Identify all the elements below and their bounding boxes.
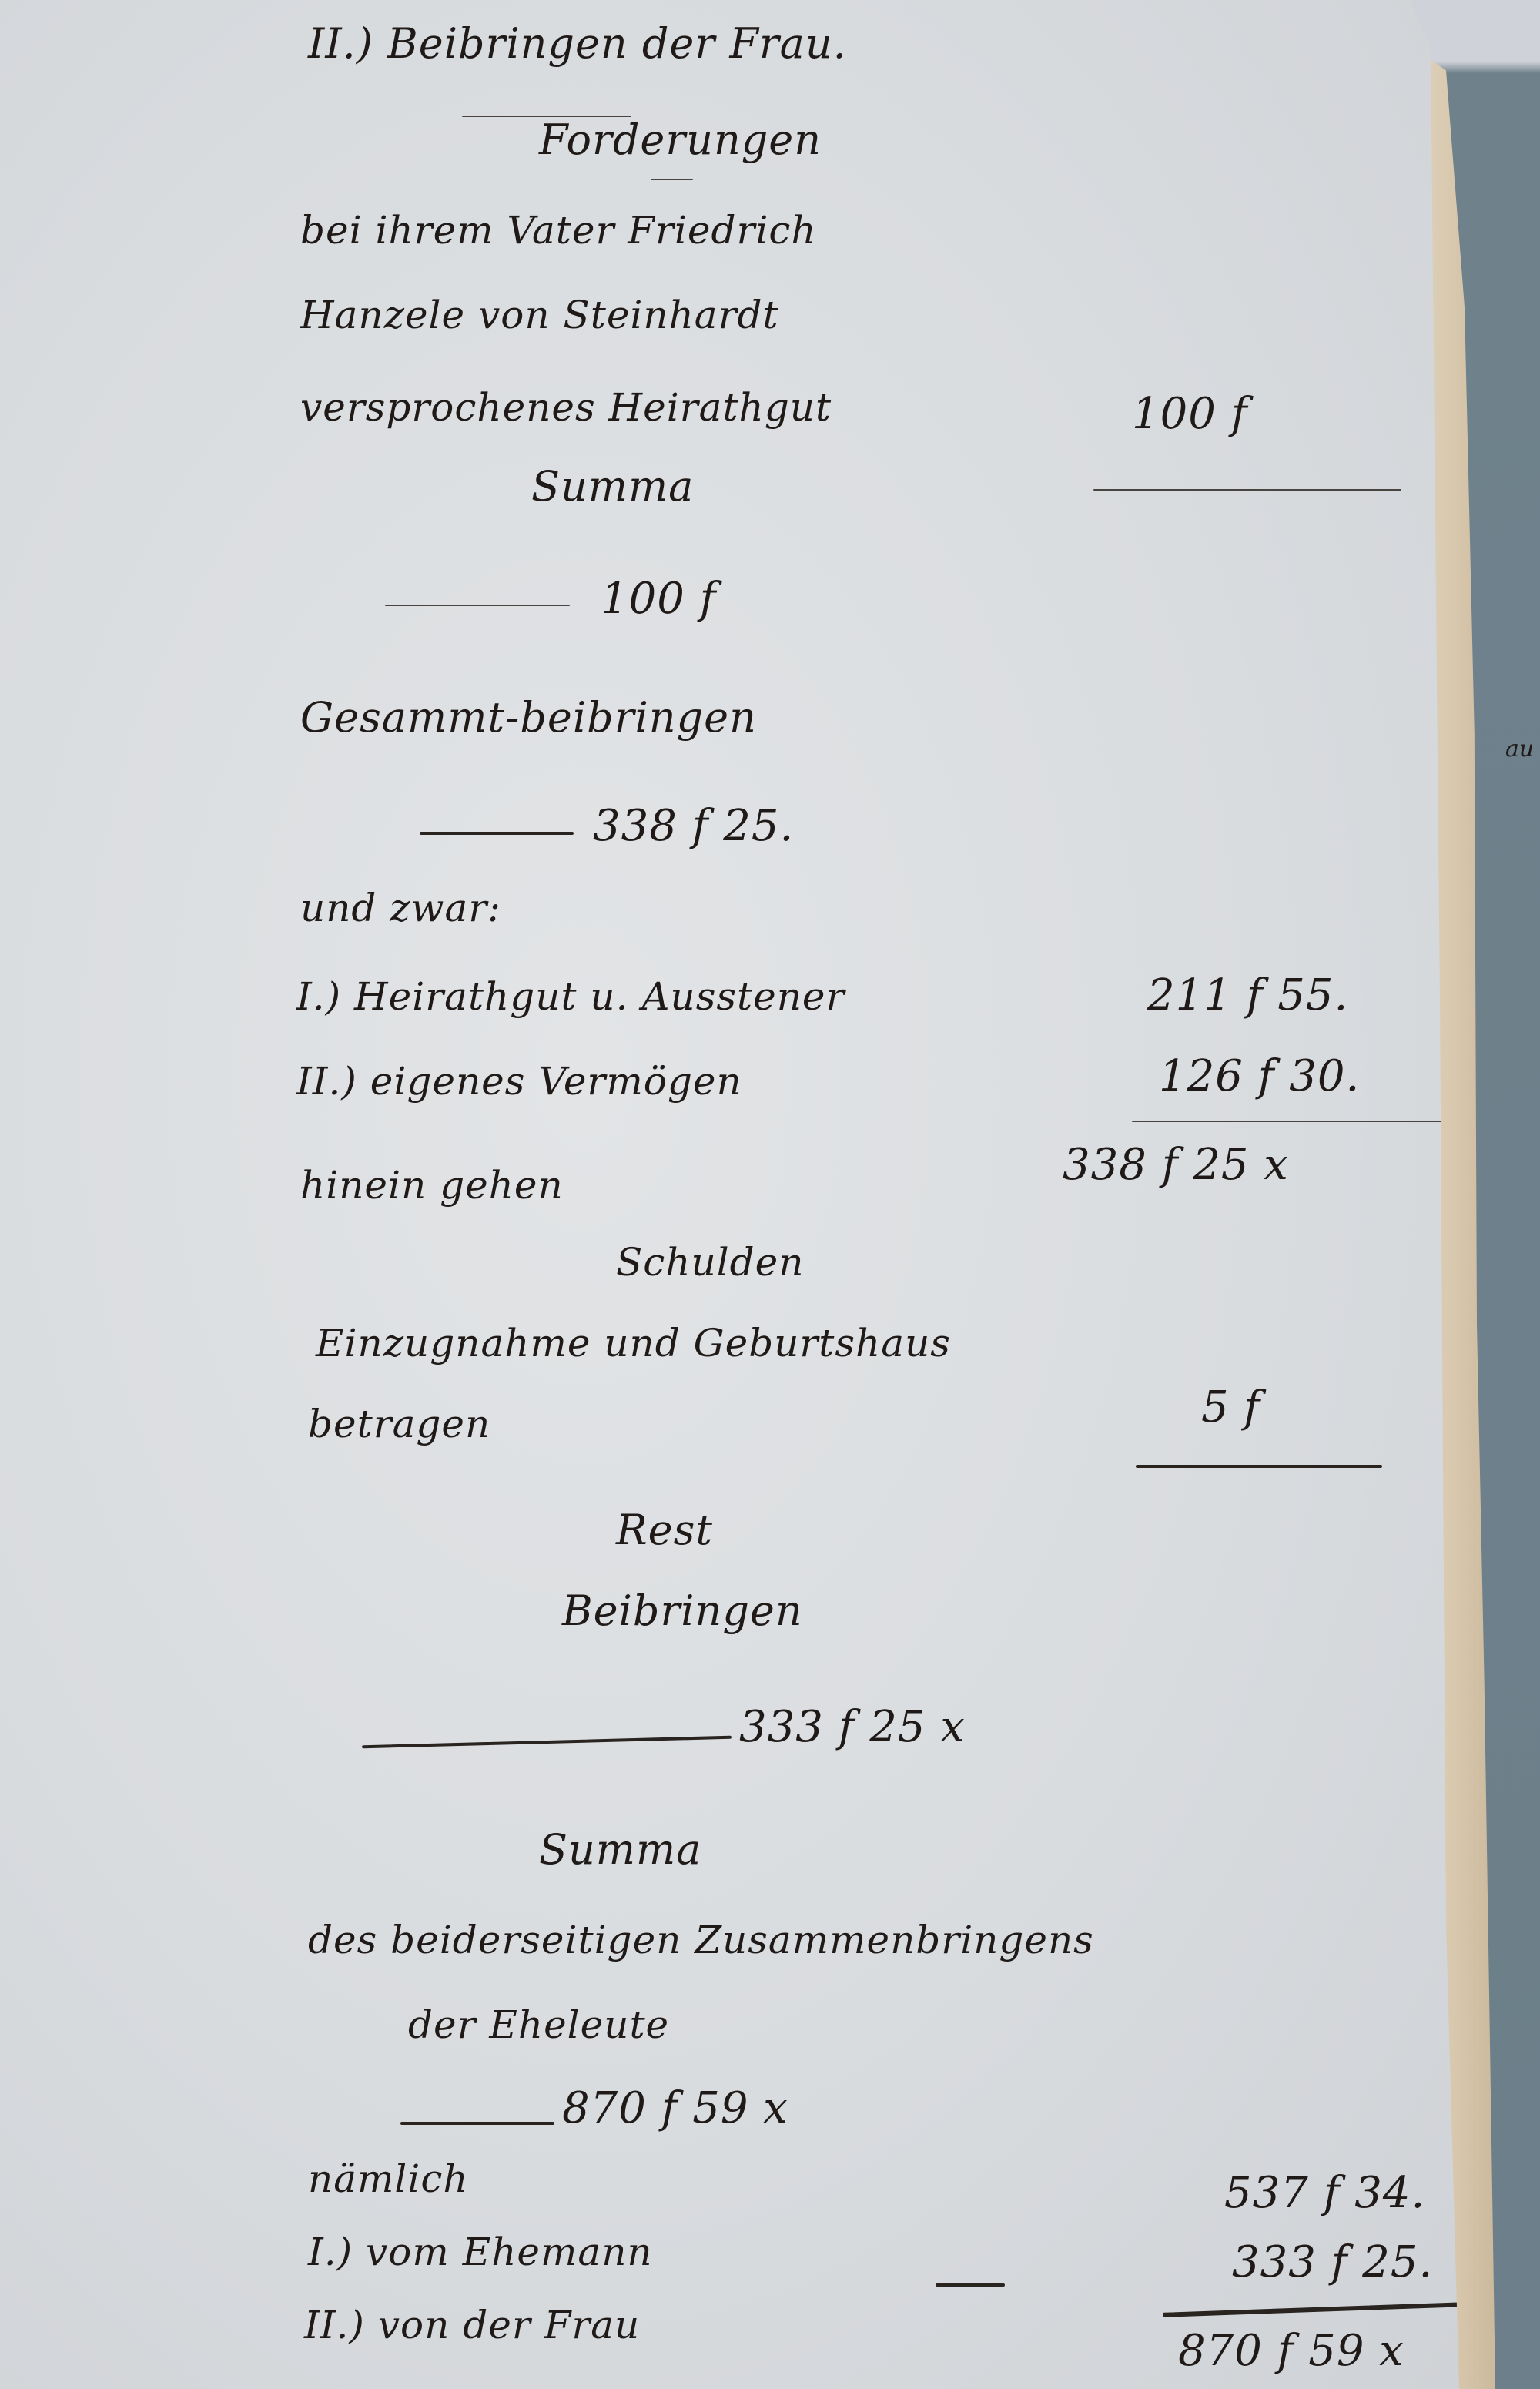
grand-sum-amount: 870 f 59 x [562, 2083, 788, 2133]
heading-underline [651, 179, 693, 180]
breakdown-sum-rule [1132, 1121, 1455, 1122]
sum-amount-1: 100 f [601, 574, 716, 624]
grand-breakdown-amount-1: 537 f 34. [1224, 2168, 1425, 2218]
grand-breakdown-total: 870 f 59 x [1178, 2326, 1404, 2376]
debts-amount: 5 f [1201, 1382, 1260, 1432]
rest-subheading: Beibringen [562, 1587, 803, 1635]
debts-heading: Schulden [616, 1240, 804, 1285]
claims-sum-rule [1093, 489, 1401, 491]
breakdown-sum-amount: 338 f 25 x [1063, 1140, 1289, 1190]
claims-heading: Forderungen [539, 116, 822, 164]
breakdown-amount-1: 211 f 55. [1147, 970, 1348, 1020]
debts-line-2: betragen [308, 1402, 490, 1446]
grand-sum-lead-line [400, 2122, 554, 2125]
claims-line-1: bei ihrem Vater Friedrich [300, 208, 817, 253]
breakdown-label-2: II.) eigenes Vermögen [296, 1059, 742, 1104]
total-amount: 338 f 25. [593, 801, 794, 851]
claims-line-3: versprochenes Heirathgut [300, 385, 832, 430]
total-heading: Gesammt-beibringen [300, 693, 757, 742]
debts-sum-rule [1136, 1465, 1382, 1468]
adjacent-page-fragment: au [1505, 735, 1534, 762]
sum-heading-1: Summa [531, 462, 694, 511]
breakdown-label-1: I.) Heirathgut u. Ausstener [296, 974, 845, 1019]
dash-leader [936, 2283, 1005, 2287]
grand-sum-line-2: der Eheleute [408, 2002, 669, 2047]
breakdown-sum-label: hinein gehen [300, 1163, 564, 1208]
claims-amount: 100 f [1132, 389, 1247, 439]
grand-sum-heading: Summa [539, 1825, 701, 1874]
section-title: II.) Beibringen der Frau. [308, 19, 847, 68]
rest-amount: 333 f 25 x [739, 1702, 966, 1752]
grand-breakdown-amount-2: 333 f 25. [1232, 2237, 1433, 2287]
sum-lead-line-1 [385, 605, 570, 606]
grand-breakdown-intro: nämlich [308, 2156, 469, 2201]
debts-line-1: Einzugnahme und Geburtshaus [316, 1321, 951, 1365]
grand-breakdown-label-2: II.) von der Frau [304, 2303, 640, 2347]
heading-flourish [462, 116, 631, 117]
claims-line-2: Hanzele von Steinhardt [300, 293, 779, 337]
document-page: II.) Beibringen der Frau. Forderungen be… [0, 0, 1459, 2389]
grand-breakdown-label-1: I.) vom Ehemann [308, 2230, 653, 2274]
rest-lead-line [362, 1736, 731, 1749]
breakdown-amount-2: 126 f 30. [1159, 1051, 1360, 1101]
rest-heading: Rest [616, 1506, 713, 1554]
grand-sum-line-1: des beiderseitigen Zusammenbringens [308, 1918, 1094, 1962]
breakdown-intro: und zwar: [300, 886, 501, 930]
total-lead-line [420, 832, 574, 835]
